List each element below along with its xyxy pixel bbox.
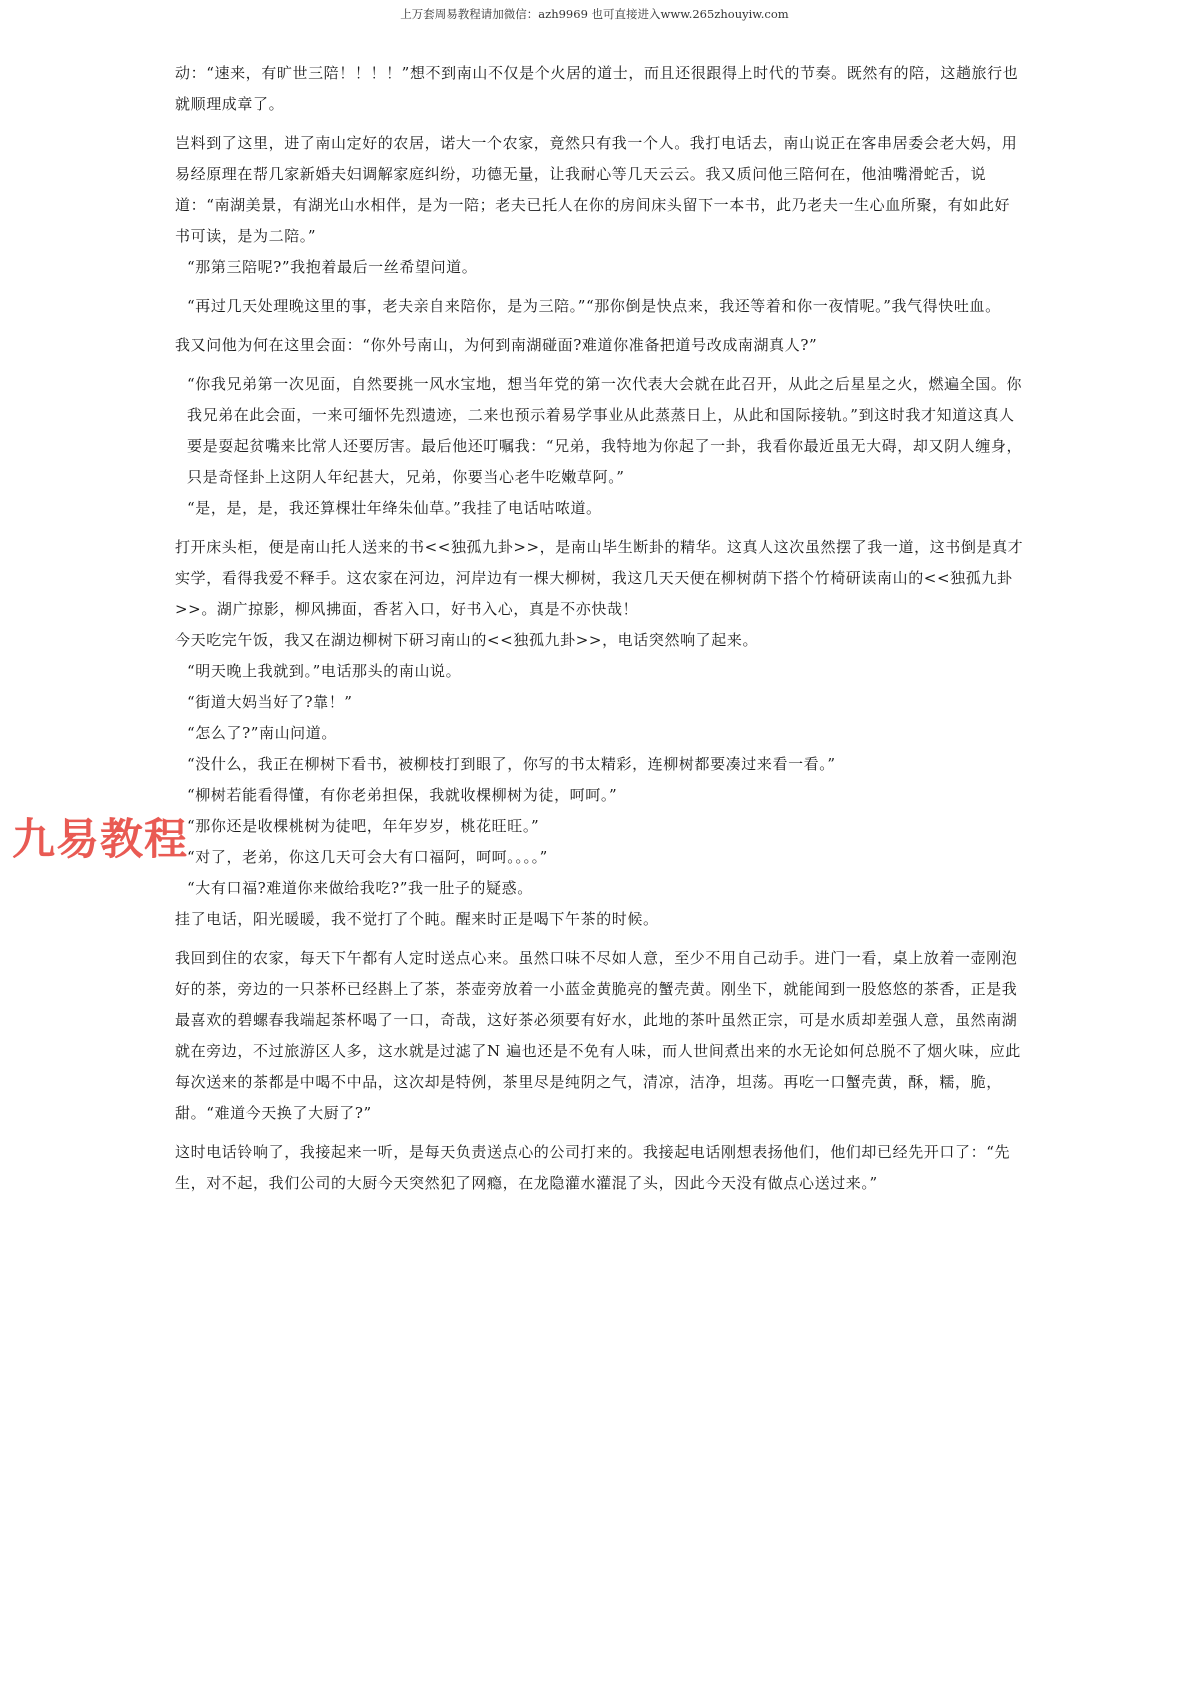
paragraph: 我又问他为何在这里会面：“你外号南山，为何到南湖碰面?难道你准备把道号改成南湖真… bbox=[175, 330, 1025, 361]
watermark-logo: 九易教程 bbox=[12, 815, 188, 865]
paragraph: “那你还是收棵桃树为徒吧，年年岁岁，桃花旺旺。” bbox=[175, 811, 1025, 842]
paragraph: 动：“速来，有旷世三陪！！！！”想不到南山不仅是个火居的道士，而且还很跟得上时代… bbox=[175, 58, 1025, 120]
paragraph: “怎么了?”南山问道。 bbox=[175, 718, 1025, 749]
paragraph: 打开床头柜，便是南山托人送来的书<<独孤九卦>>，是南山毕生断卦的精华。这真人这… bbox=[175, 532, 1025, 625]
document-body: 动：“速来，有旷世三陪！！！！”想不到南山不仅是个火居的道士，而且还很跟得上时代… bbox=[175, 58, 1025, 1199]
paragraph: 这时电话铃响了，我接起来一听，是每天负责送点心的公司打来的。我接起电话刚想表扬他… bbox=[175, 1137, 1025, 1199]
paragraph: “你我兄弟第一次见面，自然要挑一风水宝地，想当年党的第一次代表大会就在此召开，从… bbox=[175, 369, 1025, 493]
paragraph: “柳树若能看得懂，有你老弟担保，我就收棵柳树为徒，呵呵。” bbox=[175, 780, 1025, 811]
page-header-banner: 上万套周易教程请加微信：azh9969 也可直接进入www.265zhouyiw… bbox=[0, 6, 1189, 22]
paragraph: 挂了电话，阳光暖暖，我不觉打了个盹。醒来时正是喝下午茶的时候。 bbox=[175, 904, 1025, 935]
paragraph: 今天吃完午饭，我又在湖边柳树下研习南山的<<独孤九卦>>，电话突然响了起来。 bbox=[175, 625, 1025, 656]
paragraph: “大有口福?难道你来做给我吃?”我一肚子的疑惑。 bbox=[175, 873, 1025, 904]
paragraph: “街道大妈当好了?靠！” bbox=[175, 687, 1025, 718]
paragraph: “是，是，是，我还算棵壮年绛朱仙草。”我挂了电话咕哝道。 bbox=[175, 493, 1025, 524]
paragraph: “明天晚上我就到。”电话那头的南山说。 bbox=[175, 656, 1025, 687]
paragraph: “没什么，我正在柳树下看书，被柳枝打到眼了，你写的书太精彩，连柳树都要凑过来看一… bbox=[175, 749, 1025, 780]
paragraph: “再过几天处理晚这里的事，老夫亲自来陪你，是为三陪。”“那你倒是快点来，我还等着… bbox=[175, 291, 1025, 322]
paragraph: “对了，老弟，你这几天可会大有口福阿，呵呵。。。。” bbox=[175, 842, 1025, 873]
paragraph: “那第三陪呢?”我抱着最后一丝希望问道。 bbox=[175, 252, 1025, 283]
paragraph: 我回到住的农家，每天下午都有人定时送点心来。虽然口味不尽如人意，至少不用自己动手… bbox=[175, 943, 1025, 1129]
paragraph: 岂料到了这里，进了南山定好的农居，诺大一个农家，竟然只有我一个人。我打电话去，南… bbox=[175, 128, 1025, 252]
